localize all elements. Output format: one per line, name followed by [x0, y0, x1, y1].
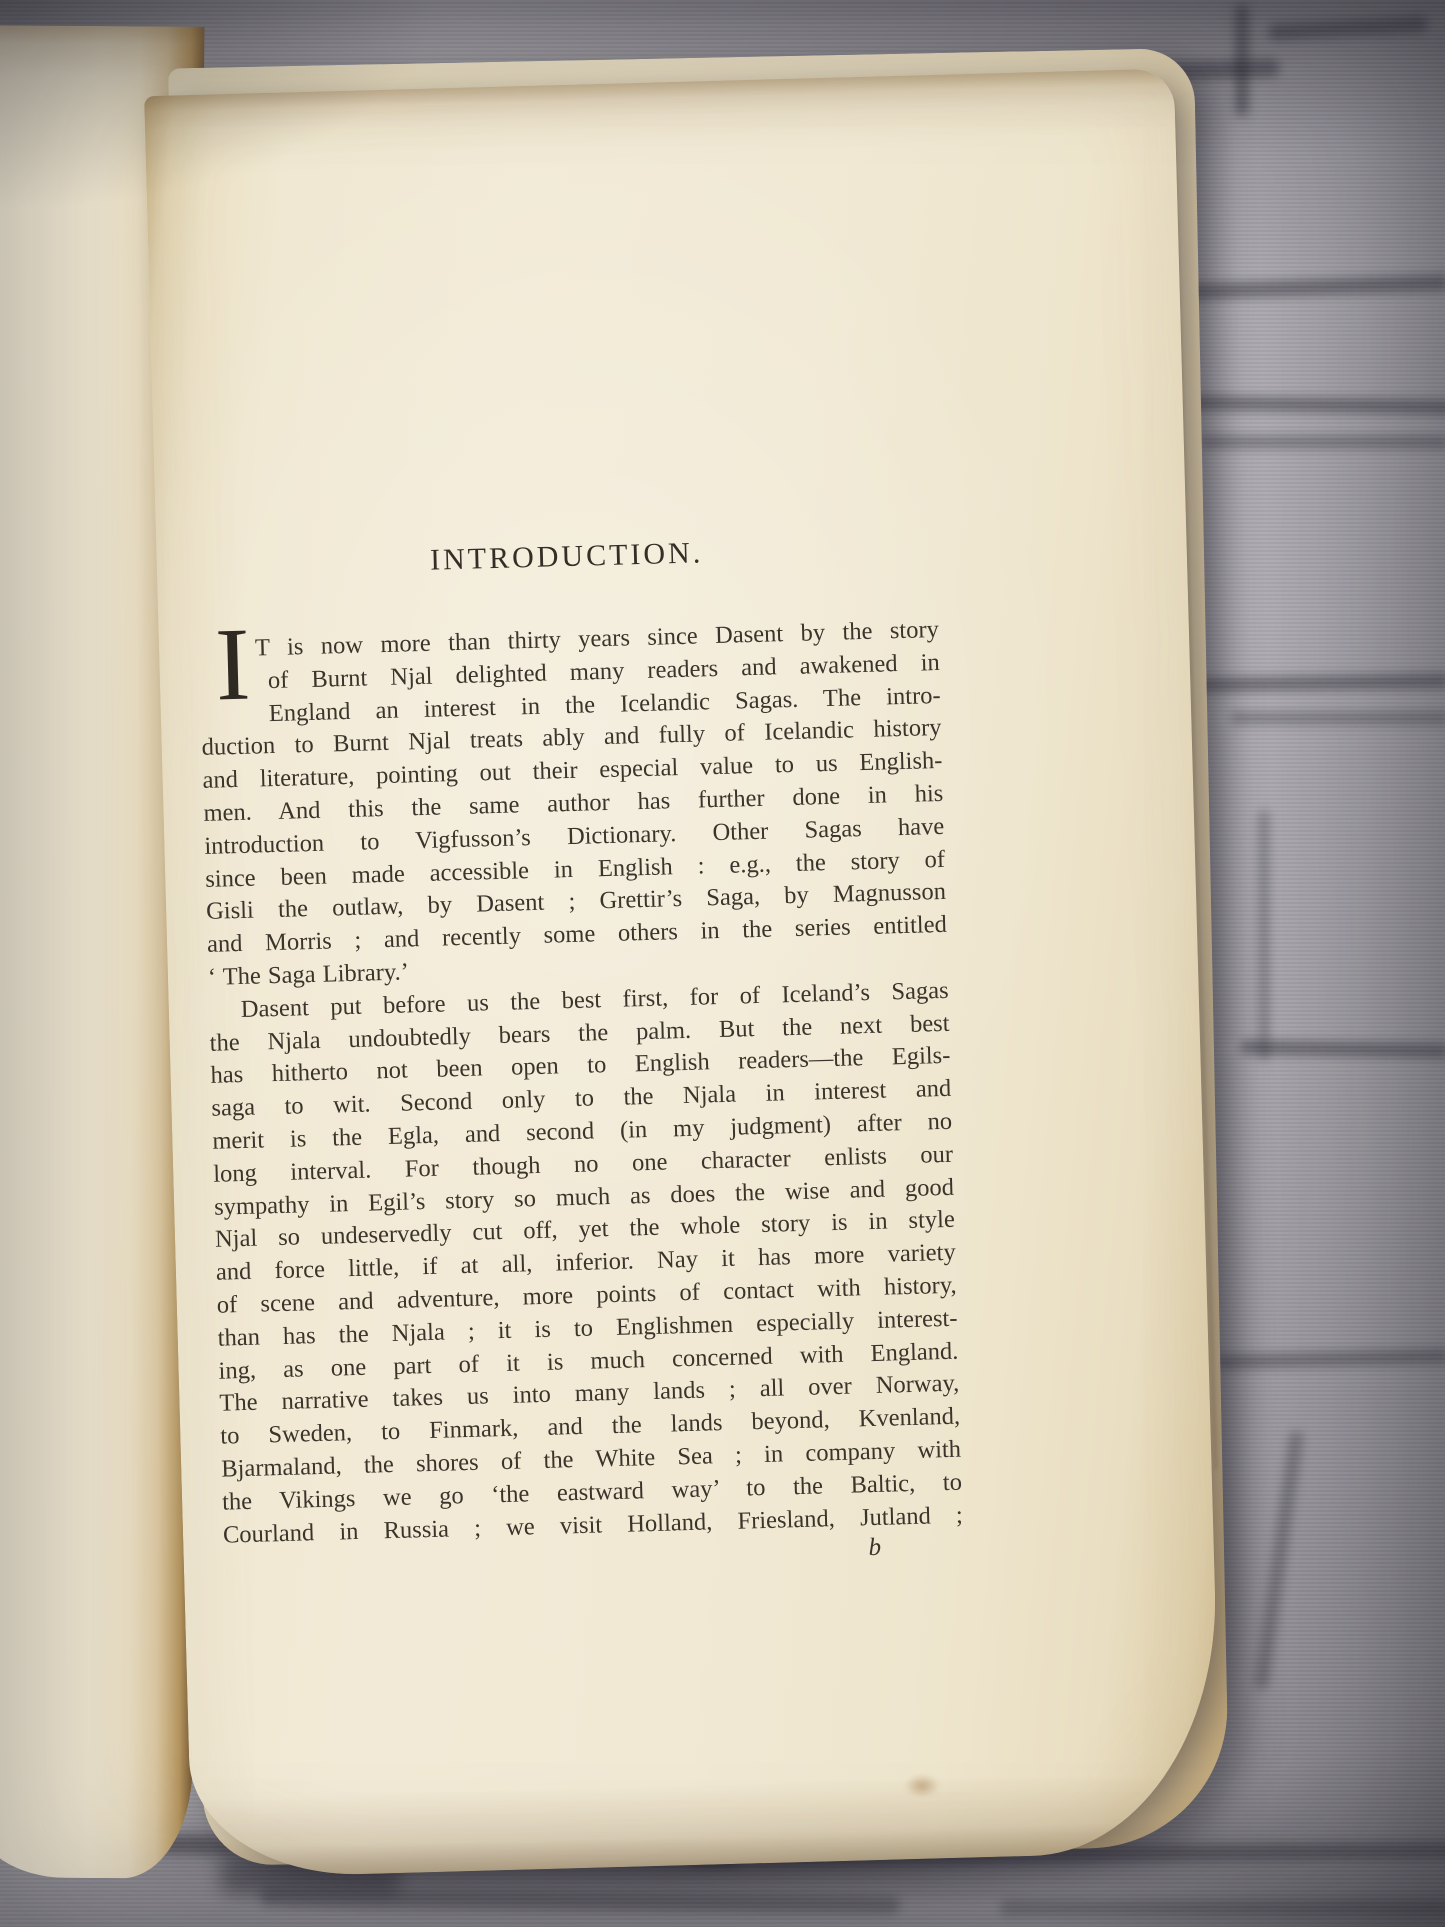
mortar-line	[1185, 396, 1445, 415]
book-page: INTRODUCTION. I T is now more than thirt…	[144, 68, 1222, 1878]
signature-mark: b	[868, 1534, 881, 1562]
book-photo-scene: INTRODUCTION. I T is now more than thirt…	[0, 0, 1445, 1927]
mortar-line	[1190, 674, 1445, 693]
drop-cap: I	[214, 613, 251, 718]
mortar-line	[1258, 810, 1270, 1060]
mortar-line	[1235, 4, 1249, 116]
mortar-line	[1254, 1430, 1304, 1689]
paragraph: T is now more than thirty years since Da…	[199, 614, 948, 995]
page-text-block: INTRODUCTION. I T is now more than thirt…	[196, 530, 963, 1552]
chapter-title: INTRODUCTION.	[196, 530, 937, 584]
mortar-line	[1200, 436, 1445, 448]
mortar-line	[1215, 1349, 1445, 1369]
body-text: I T is now more than thirty years since …	[199, 614, 964, 1552]
paragraph: Dasent put before us the best first, for…	[208, 975, 963, 1552]
mortar-line	[1268, 16, 1429, 40]
mortar-line	[1230, 712, 1445, 724]
page-stain	[904, 1773, 941, 1798]
mortar-line	[1240, 1040, 1445, 1058]
